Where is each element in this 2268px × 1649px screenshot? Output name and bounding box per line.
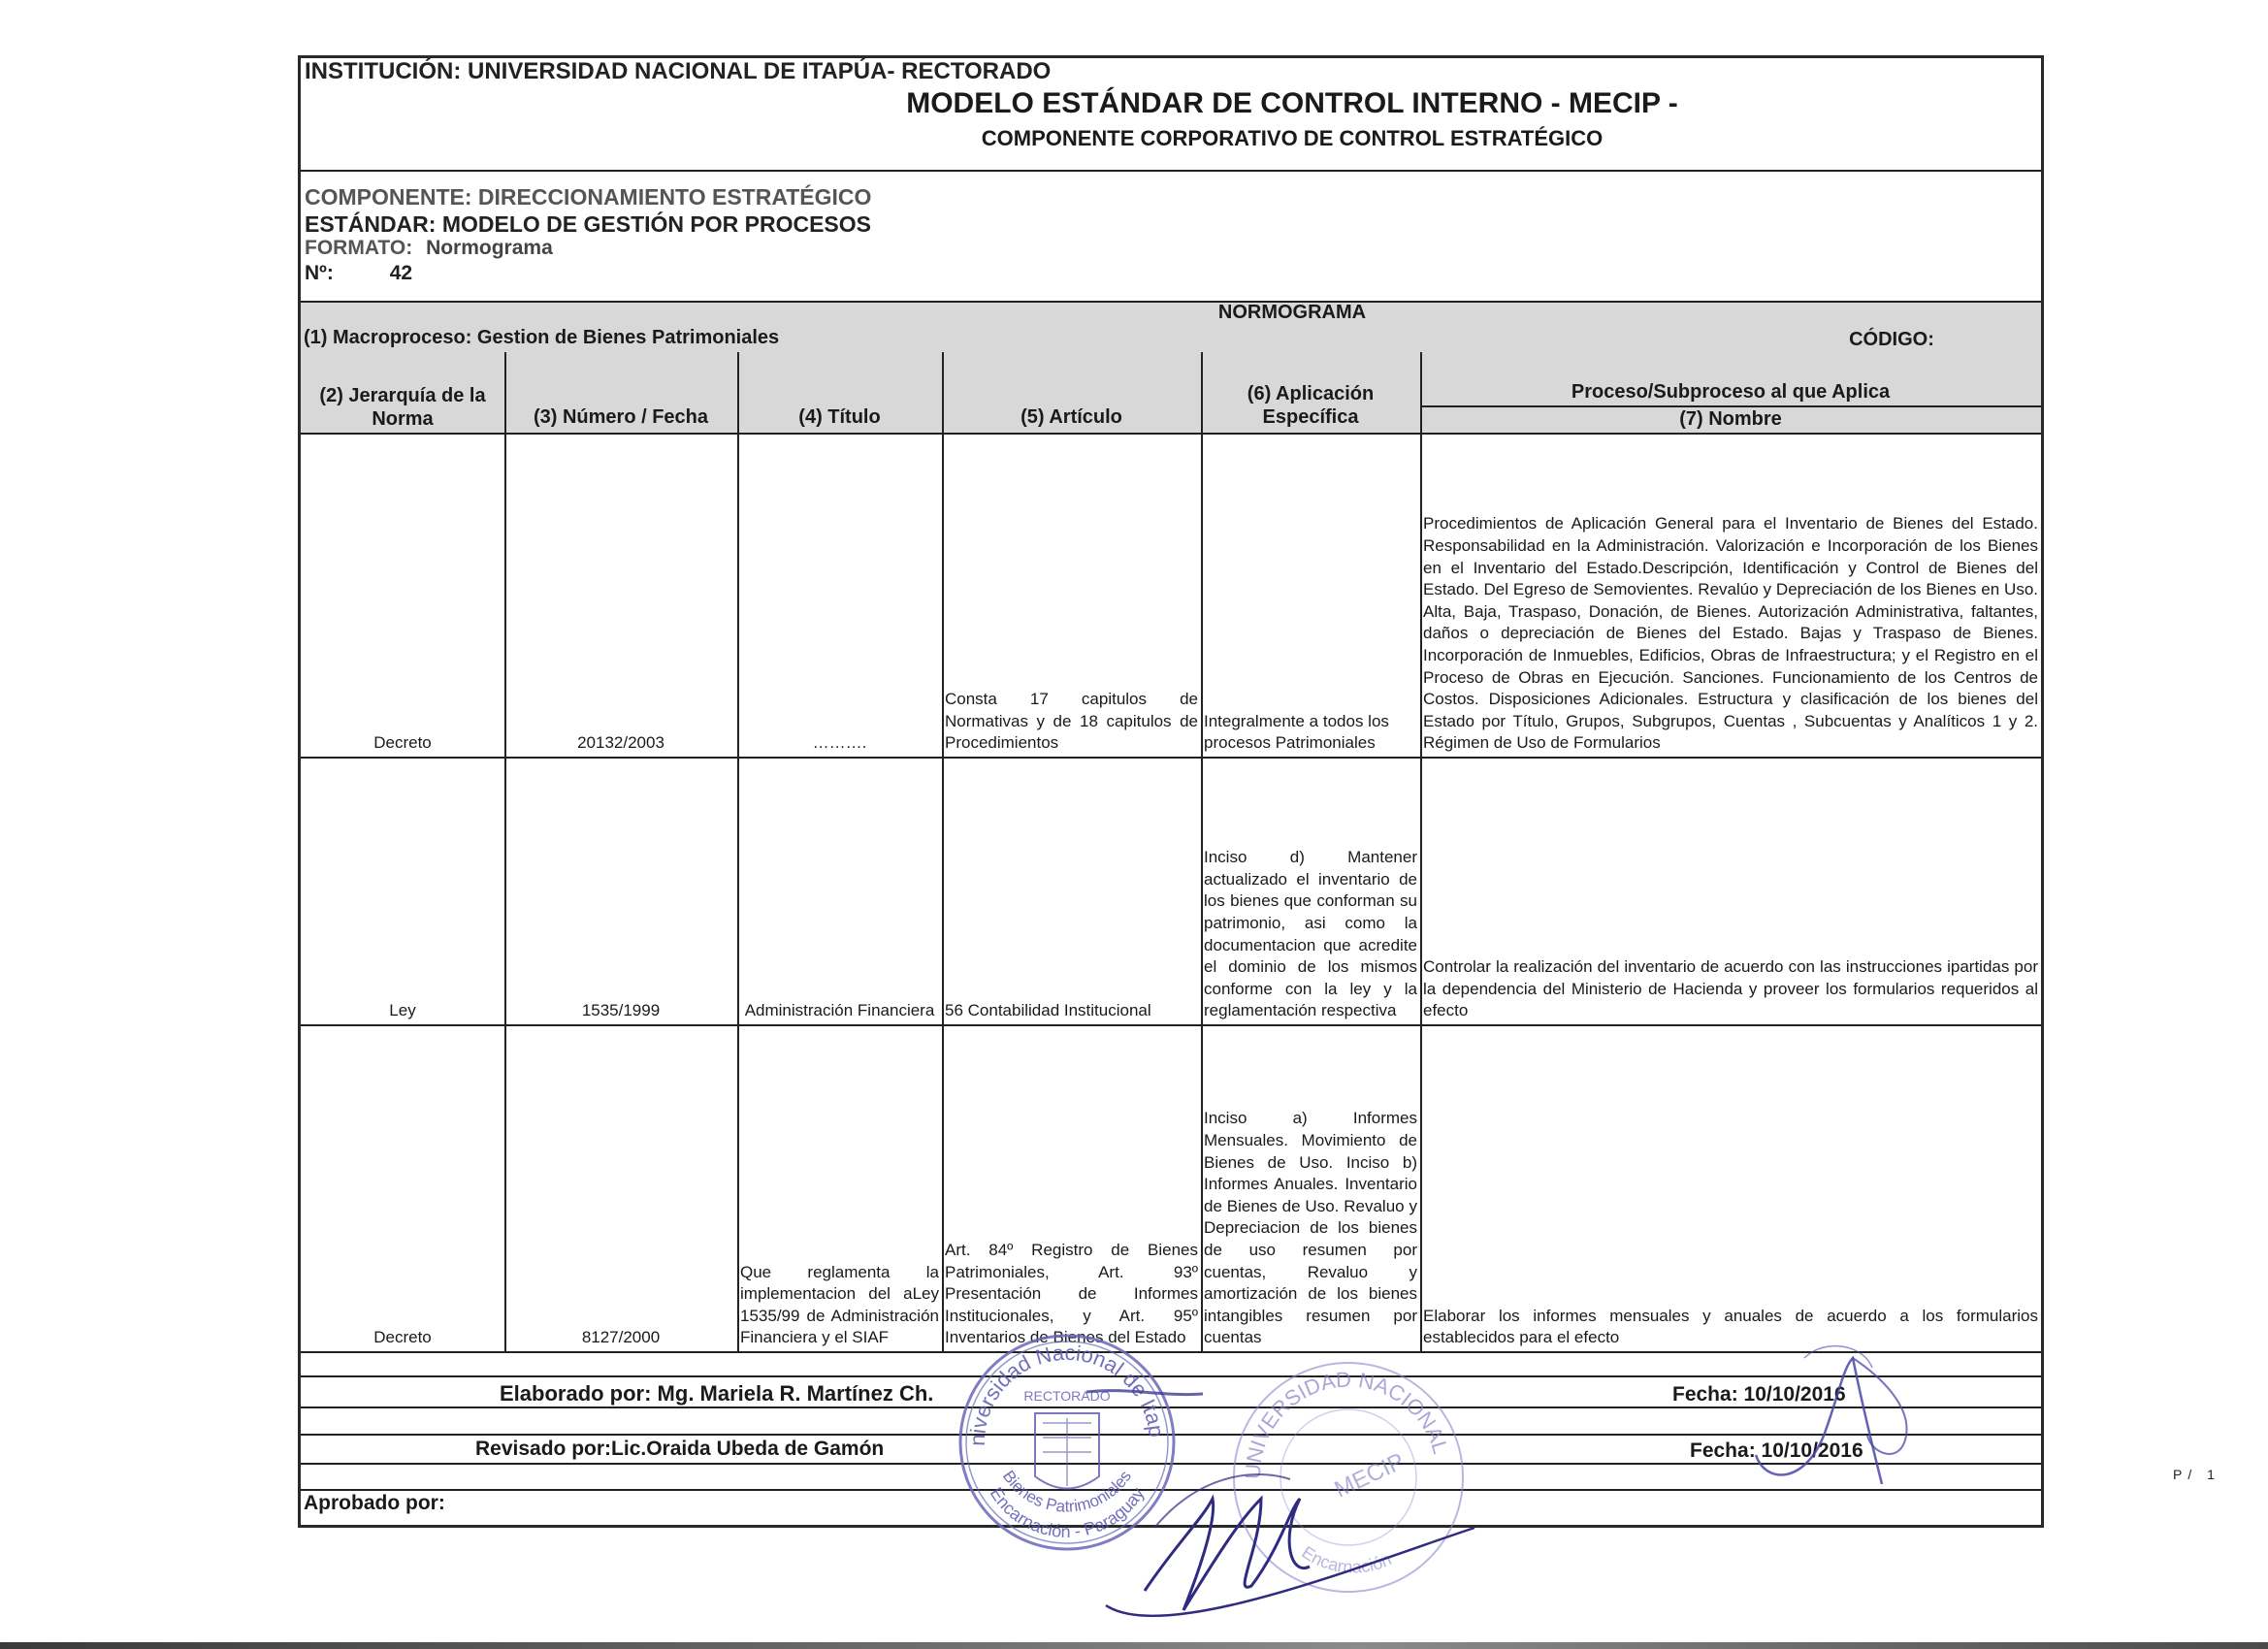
table-row-1-articulo: Consta 17 capitulos de Normativas y de 1… bbox=[942, 433, 1201, 757]
title-separator bbox=[301, 170, 2041, 172]
table-row-1-titulo: ………. bbox=[737, 433, 942, 757]
table-row-2-numero: 1535/1999 bbox=[504, 757, 737, 1024]
table-row-1-aplicacion-text: Integralmente a todos los procesos Patri… bbox=[1204, 711, 1417, 755]
table-row-1-numero: 20132/2003 bbox=[504, 433, 737, 757]
col-aplicacion-header: (6) Aplicación Específica bbox=[1201, 352, 1420, 433]
table-row-3-articulo: Art. 84º Registro de Bienes Patrimoniale… bbox=[942, 1024, 1201, 1351]
table-row-1-nombre: Procedimientos de Aplicación General par… bbox=[1420, 433, 2041, 757]
table-row-2-jerarquia: Ley bbox=[301, 757, 504, 1024]
macroproceso-band: (1) Macroproceso: Gestion de Bienes Patr… bbox=[301, 325, 2041, 352]
macroproceso-label: (1) Macroproceso: Gestion de Bienes Patr… bbox=[304, 327, 779, 349]
table-row-1-articulo-text: Consta 17 capitulos de Normativas y de 1… bbox=[945, 689, 1198, 755]
col-jerarquia-header: (2) Jerarquía de la Norma bbox=[301, 352, 504, 433]
table-row-3-aplicacion-text: Inciso a) Informes Mensuales. Movimiento… bbox=[1204, 1108, 1417, 1349]
row-3-bottom-line bbox=[301, 1351, 2041, 1353]
table-row-2-nombre: Controlar la realización del inventario … bbox=[1420, 757, 2041, 1024]
footer-line-5 bbox=[301, 1489, 2041, 1491]
page-number-mark: P/ 1 bbox=[2173, 1467, 2220, 1482]
revisado-fecha: Fecha: 10/10/2016 bbox=[1690, 1439, 1863, 1463]
elaborado-por: Elaborado por: Mg. Mariela R. Martínez C… bbox=[500, 1381, 933, 1406]
table-row-2-articulo: 56 Contabilidad Institucional bbox=[942, 757, 1201, 1024]
svg-text:Encarnación: Encarnación bbox=[1298, 1542, 1394, 1577]
table-row-3-aplicacion: Inciso a) Informes Mensuales. Movimiento… bbox=[1201, 1024, 1420, 1351]
normograma-band: NORMOGRAMA bbox=[301, 301, 2041, 325]
table-row-3-articulo-text: Art. 84º Registro de Bienes Patrimoniale… bbox=[945, 1240, 1198, 1349]
numero-field: Nº: 42 bbox=[305, 262, 412, 285]
column-header-row: (2) Jerarquía de la Norma (3) Número / F… bbox=[301, 352, 2041, 433]
elaborado-fecha: Fecha: 10/10/2016 bbox=[1672, 1383, 1846, 1406]
col-nombre-header: (7) Nombre bbox=[1420, 405, 2041, 433]
table-row-1-nombre-text: Procedimientos de Aplicación General par… bbox=[1423, 513, 2038, 755]
table-row-3-jerarquia: Decreto bbox=[301, 1024, 504, 1351]
componente-label: COMPONENTE: DIRECCIONAMIENTO ESTRATÉGICO bbox=[305, 184, 871, 210]
table-row-3-titulo: Que reglamenta la implementacion del aLe… bbox=[737, 1024, 942, 1351]
formato-field: FORMATO: Normograma bbox=[305, 237, 553, 260]
col-proceso-group-header: Proceso/Subproceso al que Aplica bbox=[1420, 352, 2041, 405]
table-row-3-nombre: Elaborar los informes mensuales y anuale… bbox=[1420, 1024, 2041, 1351]
table-row-2-articulo-text: 56 Contabilidad Institucional bbox=[945, 1000, 1151, 1022]
institution-label: INSTITUCIÓN: UNIVERSIDAD NACIONAL DE ITA… bbox=[305, 58, 1051, 85]
table-row-2-aplicacion-text: Inciso d) Mantener actualizado el invent… bbox=[1204, 847, 1417, 1022]
col-articulo-header: (5) Artículo bbox=[942, 352, 1201, 433]
estandar-label: ESTÁNDAR: MODELO DE GESTIÓN POR PROCESOS bbox=[305, 211, 871, 238]
codigo-label: CÓDIGO: bbox=[1849, 329, 1934, 351]
table-row-1-aplicacion: Integralmente a todos los procesos Patri… bbox=[1201, 433, 1420, 757]
col-titulo-header: (4) Título bbox=[737, 352, 942, 433]
formato-value: Normograma bbox=[426, 237, 553, 259]
revisado-por: Revisado por:Lic.Oraida Ubeda de Gamón bbox=[475, 1438, 884, 1461]
table-row-2-titulo: Administración Financiera bbox=[737, 757, 942, 1024]
table-row-3-nombre-text: Elaborar los informes mensuales y anuale… bbox=[1423, 1306, 2038, 1349]
col7-header-split bbox=[1420, 405, 2041, 407]
table-row-3-numero: 8127/2000 bbox=[504, 1024, 737, 1351]
numero-label: Nº: bbox=[305, 262, 334, 284]
footer-line-1 bbox=[301, 1375, 2041, 1377]
table-row-1-jerarquia: Decreto bbox=[301, 433, 504, 757]
aprobado-por: Aprobado por: bbox=[304, 1492, 445, 1515]
formato-label: FORMATO: bbox=[305, 237, 412, 259]
normograma-form: INSTITUCIÓN: UNIVERSIDAD NACIONAL DE ITA… bbox=[298, 55, 2044, 1528]
mecip-seal-bottom-text: Encarnación bbox=[1298, 1542, 1394, 1577]
table-row-2-nombre-text: Controlar la realización del inventario … bbox=[1423, 956, 2038, 1022]
band-top-line bbox=[301, 301, 2041, 303]
document-title: MODELO ESTÁNDAR DE CONTROL INTERNO - MEC… bbox=[301, 87, 2041, 120]
footer-line-3 bbox=[301, 1434, 2041, 1436]
table-row-3-titulo-text: Que reglamenta la implementacion del aLe… bbox=[740, 1262, 939, 1349]
scanner-edge-strip bbox=[0, 1642, 2268, 1649]
footer-line-4 bbox=[301, 1463, 2041, 1465]
normograma-title: NORMOGRAMA bbox=[301, 302, 2041, 324]
numero-value: 42 bbox=[390, 262, 412, 284]
col-numero-fecha-header: (3) Número / Fecha bbox=[504, 352, 737, 433]
table-row-2-aplicacion: Inciso d) Mantener actualizado el invent… bbox=[1201, 757, 1420, 1024]
footer-line-2 bbox=[301, 1406, 2041, 1408]
document-subtitle: COMPONENTE CORPORATIVO DE CONTROL ESTRAT… bbox=[301, 126, 2041, 151]
